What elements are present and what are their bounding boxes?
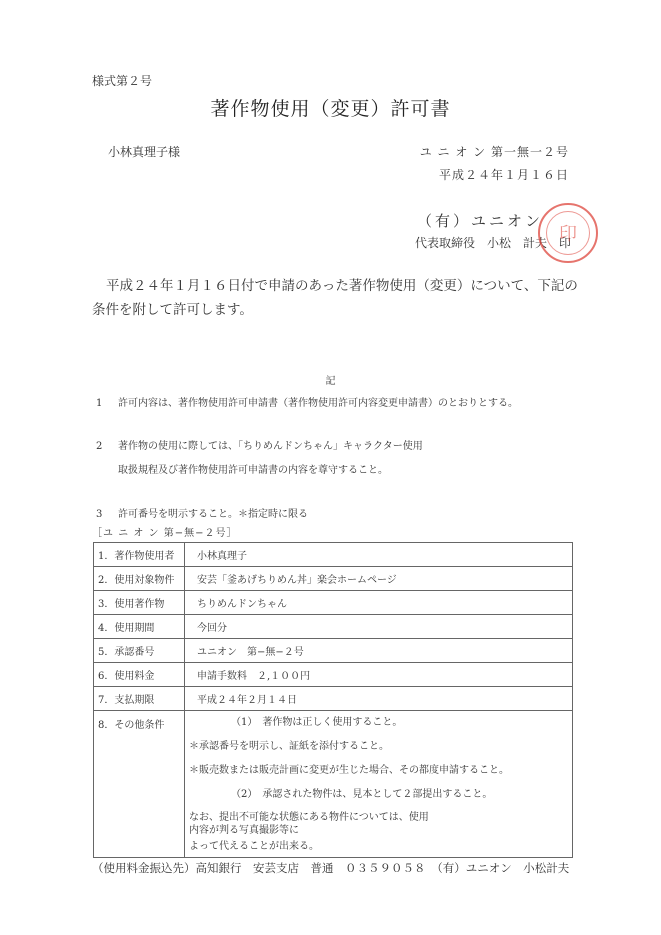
condition-line: よって代えることが出来る。 (189, 837, 572, 857)
condition-item-2: 2著作物の使用に際しては、「ちりめんドンちゃん」キャラクター使用 (96, 437, 423, 452)
row-value: 申請手数料 ２,１００円 (185, 663, 573, 687)
condition-line: ＊承認番号を明示し、証紙を添付すること。 (189, 735, 572, 759)
item-text: 許可番号を明示すること。＊指定時に限る (118, 509, 308, 520)
permit-details-table: 1．著作物使用者 小林真理子 2．使用対象物件 安芸「釜あげちりめん丼」楽会ホー… (93, 542, 573, 858)
row-label: 1．著作物使用者 (94, 543, 185, 567)
other-conditions-cell: （1） 著作物は正しく使用すること。 ＊承認番号を明示し、証紙を添付すること。 … (185, 711, 573, 858)
row-value: ちりめんドンちゃん (185, 591, 573, 615)
item-number: 1 (96, 398, 118, 409)
condition-line: 内容が判る写真撮影等に (189, 824, 572, 837)
row-label: 3．使用著作物 (94, 591, 185, 615)
table-row: 3．使用著作物 ちりめんドンちゃん (94, 591, 573, 615)
row-label: 6．使用料金 (94, 663, 185, 687)
intro-paragraph: 平成２４年１月１６日付で申請のあった著作物使用（変更）について、下記の条件を附し… (92, 274, 582, 322)
form-number: 様式第２号 (92, 72, 152, 89)
table-row: 5．承認番号 ユニオン 第−無−２号 (94, 639, 573, 663)
item-number: 2 (96, 441, 118, 452)
permit-number-bracket: ［ユ ニ オ ン 第−無−２号］ (92, 524, 237, 539)
row-label: 4．使用期間 (94, 615, 185, 639)
row-label: 8．その他条件 (94, 711, 185, 858)
table-row: 7．支払期限 平成２４年２月１４日 (94, 687, 573, 711)
document-title: 著作物使用（変更）許可書 (0, 94, 661, 121)
condition-item-3: 3許可番号を明示すること。＊指定時に限る (96, 505, 308, 520)
issuer-company: （有）ユニオン (417, 210, 543, 231)
condition-item-2-continuation: 取扱規程及び著作物使用許可申請書の内容を尊守すること。 (118, 461, 388, 476)
row-value: 平成２４年２月１４日 (185, 687, 573, 711)
issue-date: 平成２４年１月１６日 (439, 166, 569, 183)
item-text: 著作物の使用に際しては、「ちりめんドンちゃん」キャラクター使用 (118, 441, 423, 452)
seal-glyph: 印 (540, 220, 596, 246)
company-seal-stamp-icon: 印 (538, 203, 598, 263)
row-label: 7．支払期限 (94, 687, 185, 711)
row-value: 今回分 (185, 615, 573, 639)
table-row: 4．使用期間 今回分 (94, 615, 573, 639)
ki-heading: 記 (0, 372, 661, 387)
row-label: 2．使用対象物件 (94, 567, 185, 591)
item-number: 3 (96, 509, 118, 520)
row-label: 5．承認番号 (94, 639, 185, 663)
condition-line: （1） 著作物は正しく使用すること。 (189, 711, 572, 735)
table-row: 1．著作物使用者 小林真理子 (94, 543, 573, 567)
table-row: 2．使用対象物件 安芸「釜あげちりめん丼」楽会ホームページ (94, 567, 573, 591)
item-text: 許可内容は、著作物使用許可申請書（著作物使用許可内容変更申請書）のとおりとする。 (118, 398, 518, 409)
row-value: 小林真理子 (185, 543, 573, 567)
row-value: 安芸「釜あげちりめん丼」楽会ホームページ (185, 567, 573, 591)
bank-transfer-info: （使用料金振込先）高知銀行 安芸支店 普通 ０３５９０５８ （有）ユニオン 小松… (92, 860, 569, 876)
condition-line: ＊販売数または販売計画に変更が生じた場合、その都度申請すること。 (189, 759, 572, 783)
recipient-name: 小林真理子様 (108, 143, 180, 160)
document-number: ユ ニ オ ン 第一無一２号 (420, 143, 569, 160)
table-row: 6．使用料金 申請手数料 ２,１００円 (94, 663, 573, 687)
condition-item-1: 1許可内容は、著作物使用許可申請書（著作物使用許可内容変更申請書）のとおりとする… (96, 394, 518, 409)
row-value: ユニオン 第−無−２号 (185, 639, 573, 663)
condition-line: なお、提出不可能な状態にある物件については、使用 (189, 807, 572, 824)
condition-line: （2） 承認された物件は、見本として２部提出すること。 (189, 783, 572, 807)
table-row-other-conditions: 8．その他条件 （1） 著作物は正しく使用すること。 ＊承認番号を明示し、証紙を… (94, 711, 573, 858)
